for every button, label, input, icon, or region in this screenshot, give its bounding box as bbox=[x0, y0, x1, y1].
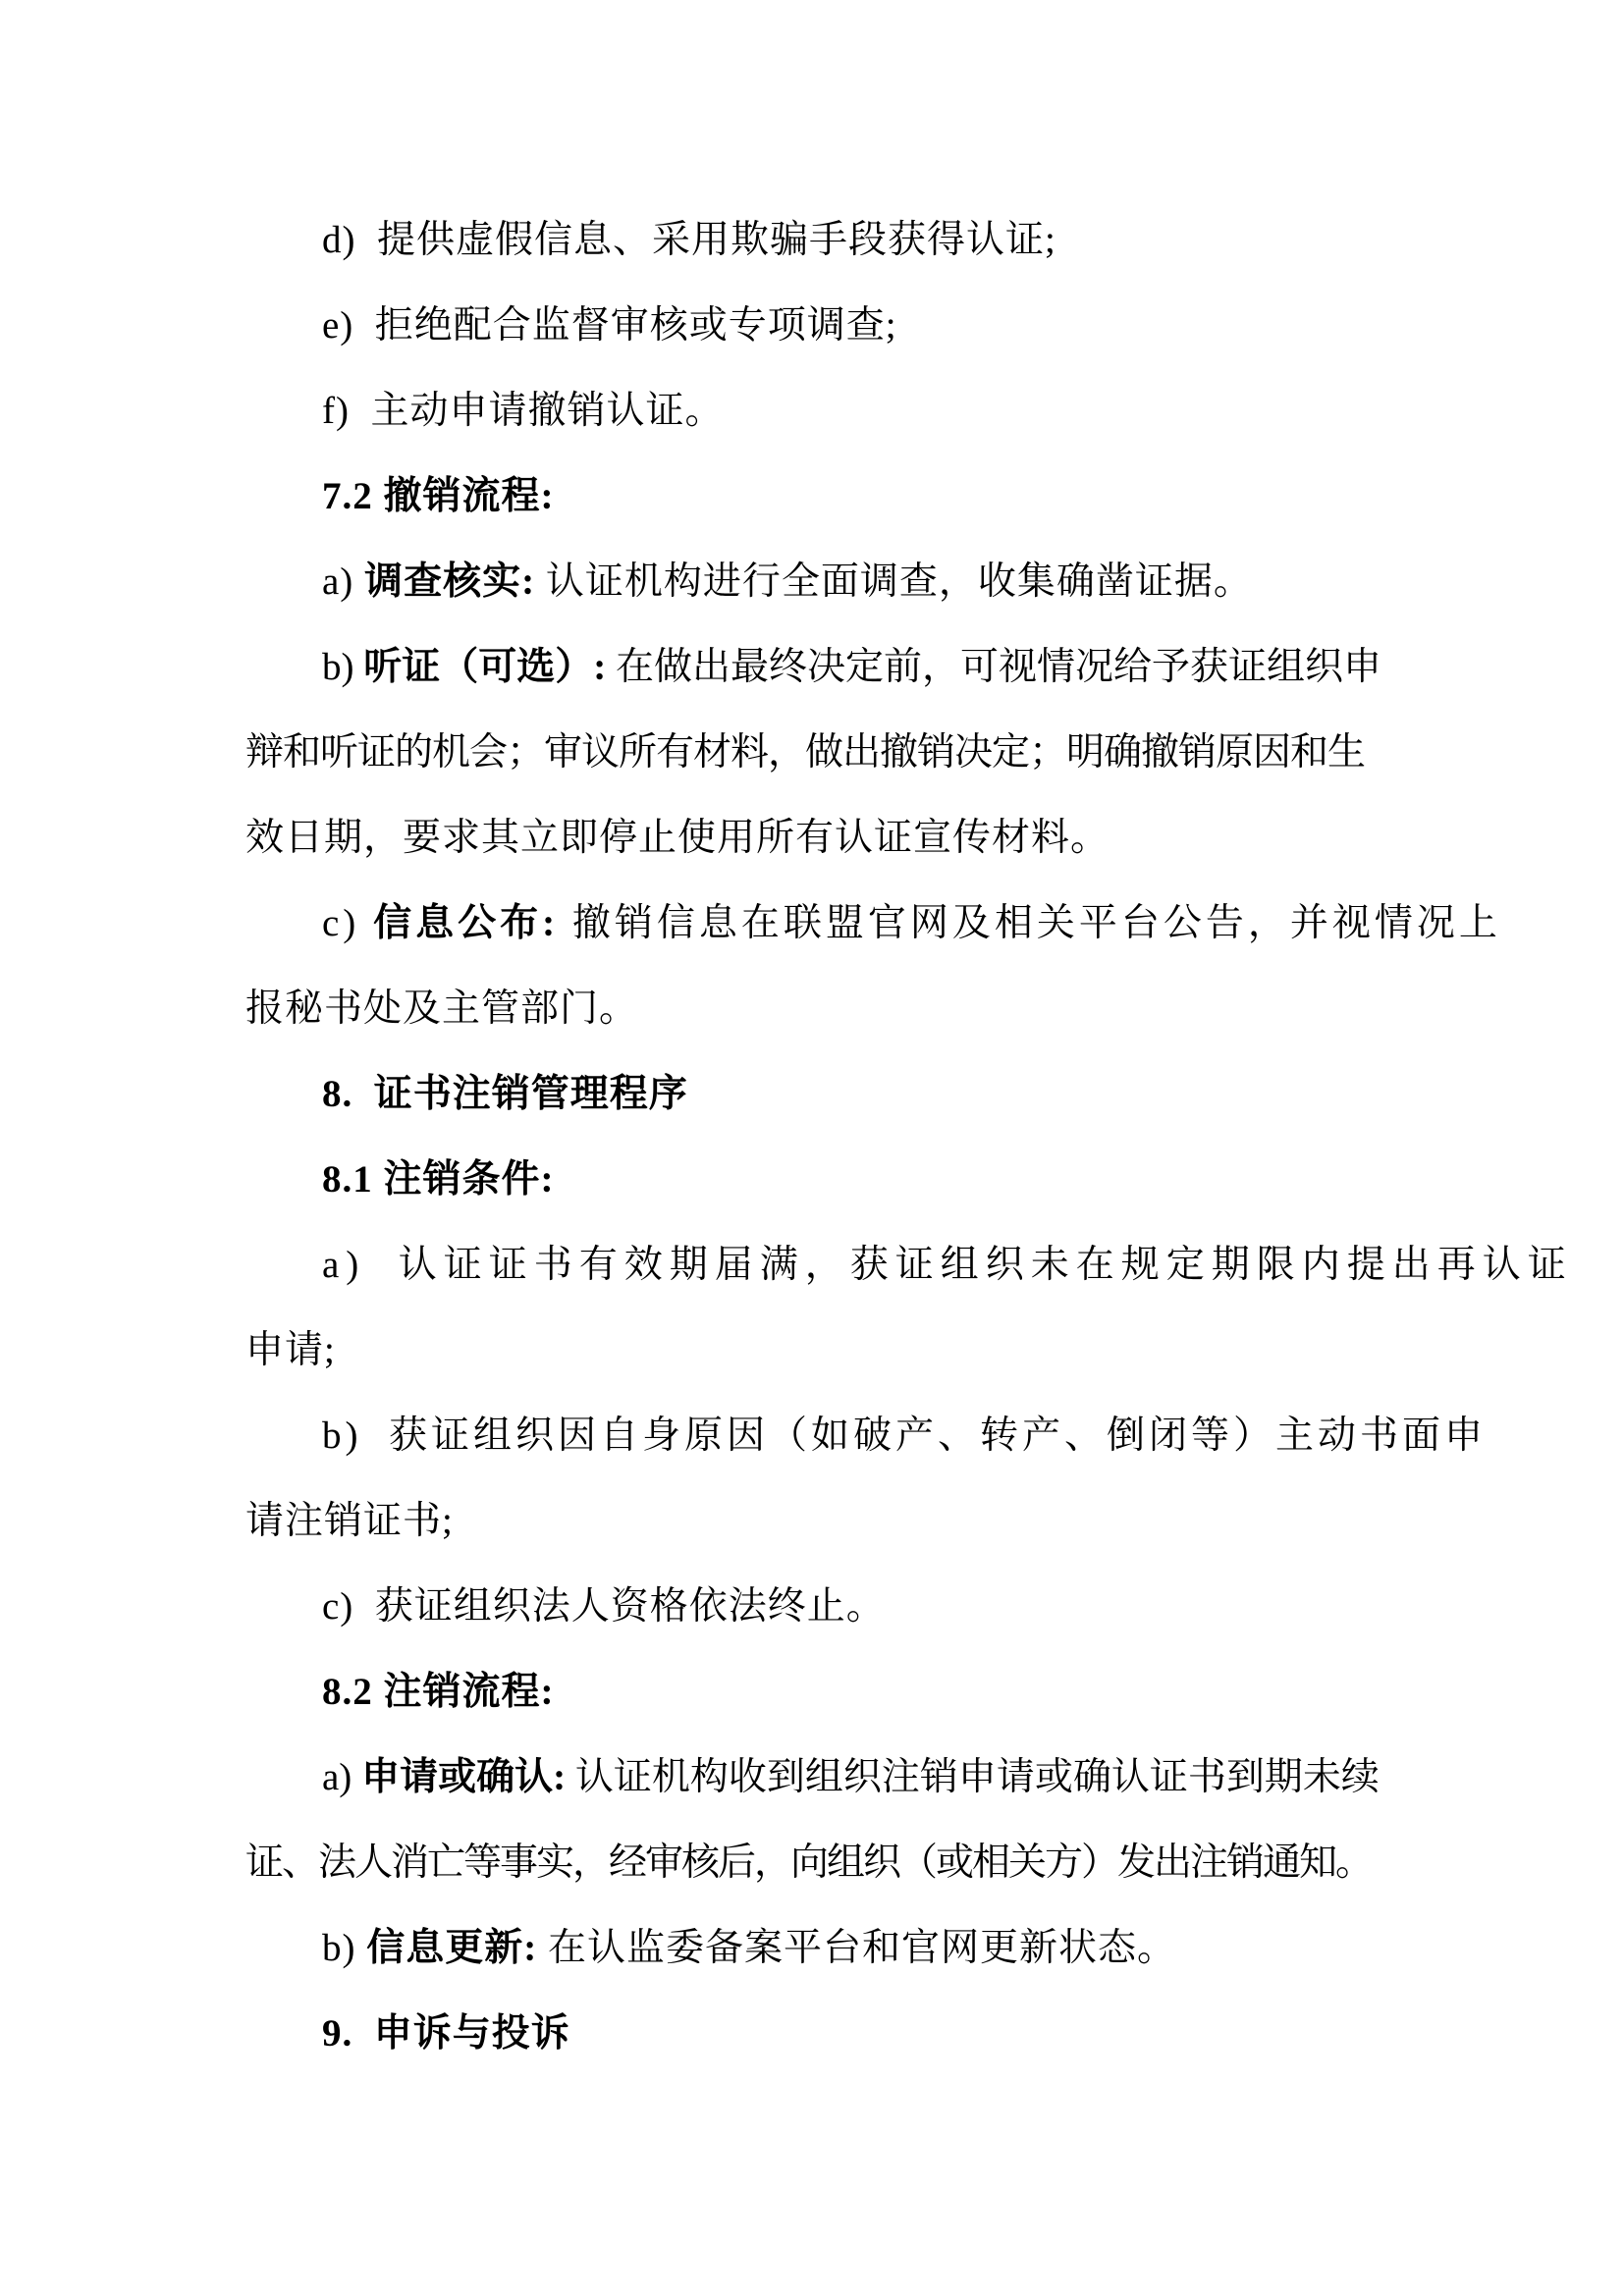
text-segment-bold: 信息公布: bbox=[373, 902, 559, 944]
text-line: 7.2 撤销流程: bbox=[245, 454, 1379, 539]
text-line: 9. 申诉与投诉 bbox=[245, 1991, 1379, 2076]
text-line: c) 信息公布: 撤销信息在联盟官网及相关平台公告，并视情况上 bbox=[245, 881, 1379, 966]
text-segment-bold: 8.2 注销流程: bbox=[322, 1671, 555, 1713]
text-segment: f) 主动申请撤销认证。 bbox=[322, 390, 724, 432]
text-line: 证、法人消亡等事实，经审核后，向组织（或相关方）发出注销通知。 bbox=[245, 1820, 1379, 1905]
text-segment-bold: 申请或确认: bbox=[361, 1756, 566, 1798]
text-segment-bold: 8.1 注销条件: bbox=[322, 1158, 555, 1201]
text-segment: c) 获证组织法人资格依法终止。 bbox=[322, 1585, 886, 1628]
text-line: b) 获证组织因自身原因（如破产、转产、倒闭等）主动书面申 bbox=[245, 1393, 1379, 1478]
text-line: 8.1 注销条件: bbox=[245, 1137, 1379, 1222]
text-line: 报秘书处及主管部门。 bbox=[245, 966, 1379, 1051]
text-segment: e) 拒绝配合监督审核或专项调查; bbox=[322, 304, 897, 347]
text-line: f) 主动申请撤销认证。 bbox=[245, 368, 1379, 454]
text-segment: b) bbox=[322, 1927, 366, 1969]
text-segment: a) bbox=[322, 561, 364, 603]
text-segment-bold: 听证（可选）: bbox=[363, 646, 606, 688]
text-segment-bold: 9. 申诉与投诉 bbox=[322, 2012, 570, 2055]
text-segment: 认证机构收到组织注销申请或确认证书到期未续 bbox=[566, 1756, 1380, 1798]
text-segment: a) bbox=[322, 1756, 361, 1798]
text-line: c) 获证组织法人资格依法终止。 bbox=[245, 1564, 1379, 1649]
text-line: b) 信息更新: 在认监委备案平台和官网更新状态。 bbox=[245, 1905, 1379, 1991]
text-segment: 申请; bbox=[245, 1329, 336, 1371]
text-line: 请注销证书; bbox=[245, 1478, 1379, 1564]
text-segment: 辩和听证的机会；审议所有材料，做出撤销决定；明确撤销原因和生 bbox=[245, 731, 1365, 774]
text-segment: 证、法人消亡等事实，经审核后，向组织（或相关方）发出注销通知。 bbox=[245, 1842, 1372, 1884]
text-segment: b) bbox=[322, 646, 363, 688]
text-line: e) 拒绝配合监督审核或专项调查; bbox=[245, 283, 1379, 368]
text-line: a) 调查核实: 认证机构进行全面调查，收集确凿证据。 bbox=[245, 539, 1379, 624]
text-segment: 在认监委备案平台和官网更新状态。 bbox=[537, 1927, 1176, 1969]
text-segment: 请注销证书; bbox=[245, 1500, 454, 1542]
text-line: b) 听证（可选）: 在做出最终决定前，可视情况给予获证组织申 bbox=[245, 624, 1379, 710]
text-line: 8.2 注销流程: bbox=[245, 1649, 1379, 1735]
text-segment-bold: 8. 证书注销管理程序 bbox=[322, 1073, 688, 1115]
text-segment-bold: 7.2 撤销流程: bbox=[322, 475, 555, 517]
text-segment: 在做出最终决定前，可视情况给予获证组织申 bbox=[606, 646, 1381, 688]
text-segment: a) 认证证书有效期届满，获证组织未在规定期限内提出再认证 bbox=[322, 1244, 1573, 1286]
text-segment: b) 获证组织因自身原因（如破产、转产、倒闭等）主动书面申 bbox=[322, 1415, 1487, 1457]
text-segment: 撤销信息在联盟官网及相关平台公告，并视情况上 bbox=[559, 902, 1501, 944]
text-segment: 认证机构进行全面调查，收集确凿证据。 bbox=[535, 561, 1253, 603]
text-segment: 报秘书处及主管部门。 bbox=[245, 988, 638, 1030]
document-page: d) 提供虚假信息、采用欺骗手段获得认证;e) 拒绝配合监督审核或专项调查;f)… bbox=[0, 0, 1624, 2296]
text-line: d) 提供虚假信息、采用欺骗手段获得认证; bbox=[245, 197, 1379, 283]
text-line: 辩和听证的机会；审议所有材料，做出撤销决定；明确撤销原因和生 bbox=[245, 710, 1379, 795]
text-segment: 效日期，要求其立即停止使用所有认证宣传材料。 bbox=[245, 817, 1110, 859]
text-line: 效日期，要求其立即停止使用所有认证宣传材料。 bbox=[245, 795, 1379, 881]
text-line: 8. 证书注销管理程序 bbox=[245, 1051, 1379, 1137]
text-segment: c) bbox=[322, 902, 373, 944]
text-line: a) 认证证书有效期届满，获证组织未在规定期限内提出再认证 bbox=[245, 1222, 1379, 1308]
text-line: 申请; bbox=[245, 1308, 1379, 1393]
text-line: a) 申请或确认: 认证机构收到组织注销申请或确认证书到期未续 bbox=[245, 1735, 1379, 1820]
text-segment-bold: 信息更新: bbox=[366, 1927, 537, 1969]
document-body: d) 提供虚假信息、采用欺骗手段获得认证;e) 拒绝配合监督审核或专项调查;f)… bbox=[245, 197, 1379, 2076]
text-segment-bold: 调查核实: bbox=[364, 561, 535, 603]
text-segment: d) 提供虚假信息、采用欺骗手段获得认证; bbox=[322, 219, 1056, 261]
